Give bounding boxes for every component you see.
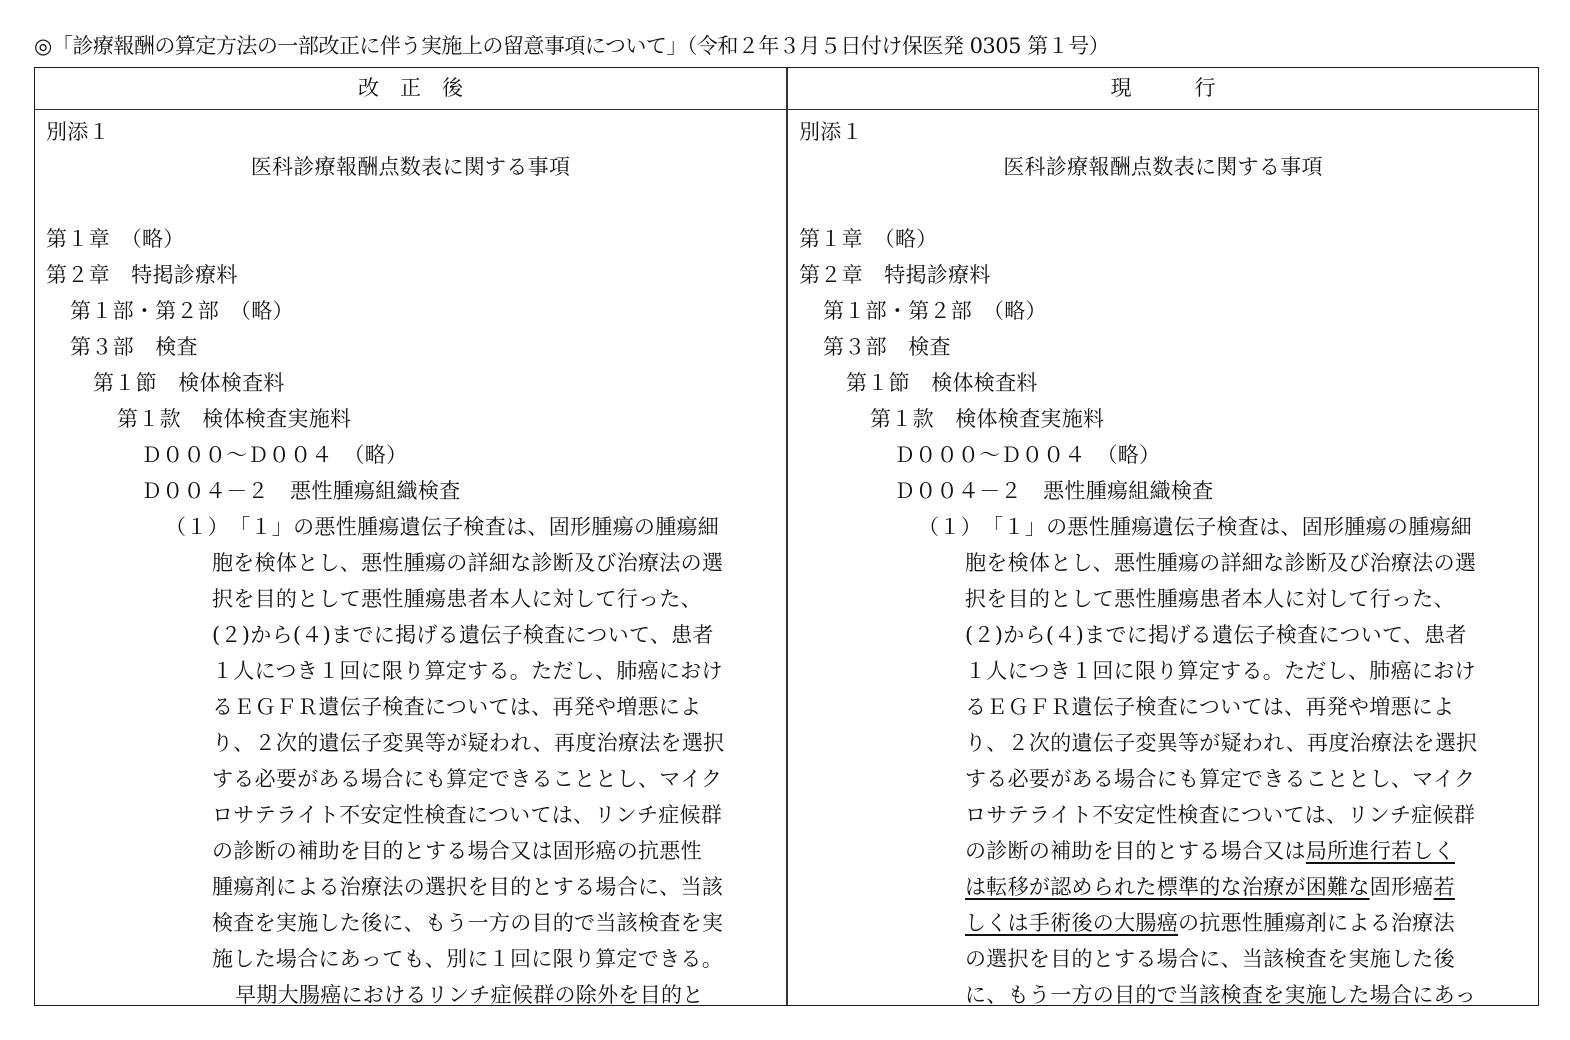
chapter2: 第２章 特掲診療料: [799, 260, 991, 290]
para-line-mixed: しくは手術後の大腸癌の抗悪性腫瘍剤による治療法: [965, 908, 1455, 938]
item-range: Ｄ０００～Ｄ００４ （略）: [894, 440, 1160, 470]
item-d004-2: Ｄ００４－２ 悪性腫瘍組織検査: [141, 476, 461, 506]
para-line: （１） 「１」の悪性腫瘍遺伝子検査は、固形腫瘍の腫瘍細: [918, 512, 1472, 542]
section1: 第１節 検体検査料: [846, 368, 1038, 398]
para-line: 早期大腸癌におけるリンチ症候群の除外を目的と: [235, 980, 704, 1005]
chapter1: 第１章 （略）: [46, 224, 185, 254]
section-heading: 医科診療報酬点数表に関する事項: [35, 152, 786, 182]
item-range: Ｄ０００～Ｄ００４ （略）: [141, 440, 407, 470]
underlined-text: 若: [1434, 875, 1455, 899]
header-revised: 改 正 後: [35, 68, 786, 108]
para-line: ロサテライト不安定性検査については、リンチ症候群: [965, 800, 1475, 830]
plain-text: の診断の補助を目的とする場合又は: [965, 839, 1306, 863]
para-line: (２)から(４)までに掲げる遺伝子検査について、患者: [212, 620, 714, 650]
subsection1: 第１款 検体検査実施料: [870, 404, 1104, 434]
chapter1: 第１章 （略）: [799, 224, 938, 254]
part3: 第３部 検査: [823, 332, 951, 362]
para-line: 腫瘍剤による治療法の選択を目的とする場合に、当該: [212, 872, 723, 902]
para-line: 択を目的として悪性腫瘍患者本人に対して行った、: [212, 584, 702, 614]
para-line: １人につき１回に限り算定する。ただし、肺癌におけ: [212, 656, 723, 686]
para-line: るＥＧＦＲ遺伝子検査については、再発や増悪によ: [965, 692, 1454, 722]
para-line: るＥＧＦＲ遺伝子検査については、再発や増悪によ: [212, 692, 701, 722]
para-line: の診断の補助を目的とする場合又は固形癌の抗悪性: [212, 836, 702, 866]
chapter2: 第２章 特掲診療料: [46, 260, 238, 290]
para-line: 施した場合にあっても、別に１回に限り算定できる。: [212, 944, 723, 974]
para-line: する必要がある場合にも算定できることとし、マイク: [212, 764, 722, 794]
header-current: 現 行: [788, 68, 1538, 108]
para-line: 択を目的として悪性腫瘍患者本人に対して行った、: [965, 584, 1455, 614]
para-line: する必要がある場合にも算定できることとし、マイク: [965, 764, 1475, 794]
part12: 第１部・第２部 （略）: [823, 296, 1047, 326]
part12: 第１部・第２部 （略）: [70, 296, 294, 326]
plain-text: 固形癌: [1370, 875, 1434, 899]
comparison-table: 改 正 後 現 行 別添１ 医科診療報酬点数表に関する事項 第１章 （略） 第２…: [34, 67, 1539, 1006]
plain-text: の抗悪性腫瘍剤による治療法: [1178, 911, 1455, 935]
current-column: 別添１ 医科診療報酬点数表に関する事項 第１章 （略） 第２章 特掲診療料 第１…: [788, 110, 1538, 1005]
section-heading: 医科診療報酬点数表に関する事項: [788, 152, 1538, 182]
section1: 第１節 検体検査料: [93, 368, 285, 398]
para-line: 検査を実施した後に、もう一方の目的で当該検査を実: [212, 908, 723, 938]
annex-label: 別添１: [46, 117, 110, 147]
para-line: ロサテライト不安定性検査については、リンチ症候群: [212, 800, 722, 830]
para-line: 胞を検体とし、悪性腫瘍の詳細な診断及び治療法の選: [965, 548, 1476, 578]
document-title: ◎「診療報酬の算定方法の一部改正に伴う実施上の留意事項について」（令和２年３月５…: [34, 32, 1109, 60]
underlined-text: は転移が認められた標準的な治療が困難な: [965, 875, 1370, 899]
para-line: (２)から(４)までに掲げる遺伝子検査について、患者: [965, 620, 1467, 650]
para-line-mixed: は転移が認められた標準的な治療が困難な固形癌若: [965, 872, 1455, 902]
item-d004-2: Ｄ００４－２ 悪性腫瘍組織検査: [894, 476, 1214, 506]
para-line: 胞を検体とし、悪性腫瘍の詳細な診断及び治療法の選: [212, 548, 723, 578]
revised-column: 別添１ 医科診療報酬点数表に関する事項 第１章 （略） 第２章 特掲診療料 第１…: [35, 110, 786, 1005]
para-line: り、２次的遺伝子変異等が疑われ、再度治療法を選択: [965, 728, 1477, 758]
para-line: り、２次的遺伝子変異等が疑われ、再度治療法を選択: [212, 728, 724, 758]
para-line-mixed: の診断の補助を目的とする場合又は局所進行若しく: [965, 836, 1455, 866]
para-line: （１） 「１」の悪性腫瘍遺伝子検査は、固形腫瘍の腫瘍細: [165, 512, 719, 542]
underlined-text: 局所進行若しく: [1306, 839, 1455, 863]
annex-label: 別添１: [799, 117, 863, 147]
para-line: １人につき１回に限り算定する。ただし、肺癌におけ: [965, 656, 1476, 686]
para-line: に、もう一方の目的で当該検査を実施した場合にあっ: [965, 980, 1476, 1005]
part3: 第３部 検査: [70, 332, 198, 362]
underlined-text: しくは手術後の大腸癌: [965, 911, 1178, 935]
subsection1: 第１款 検体検査実施料: [117, 404, 351, 434]
para-line: の選択を目的とする場合に、当該検査を実施した後: [965, 944, 1455, 974]
